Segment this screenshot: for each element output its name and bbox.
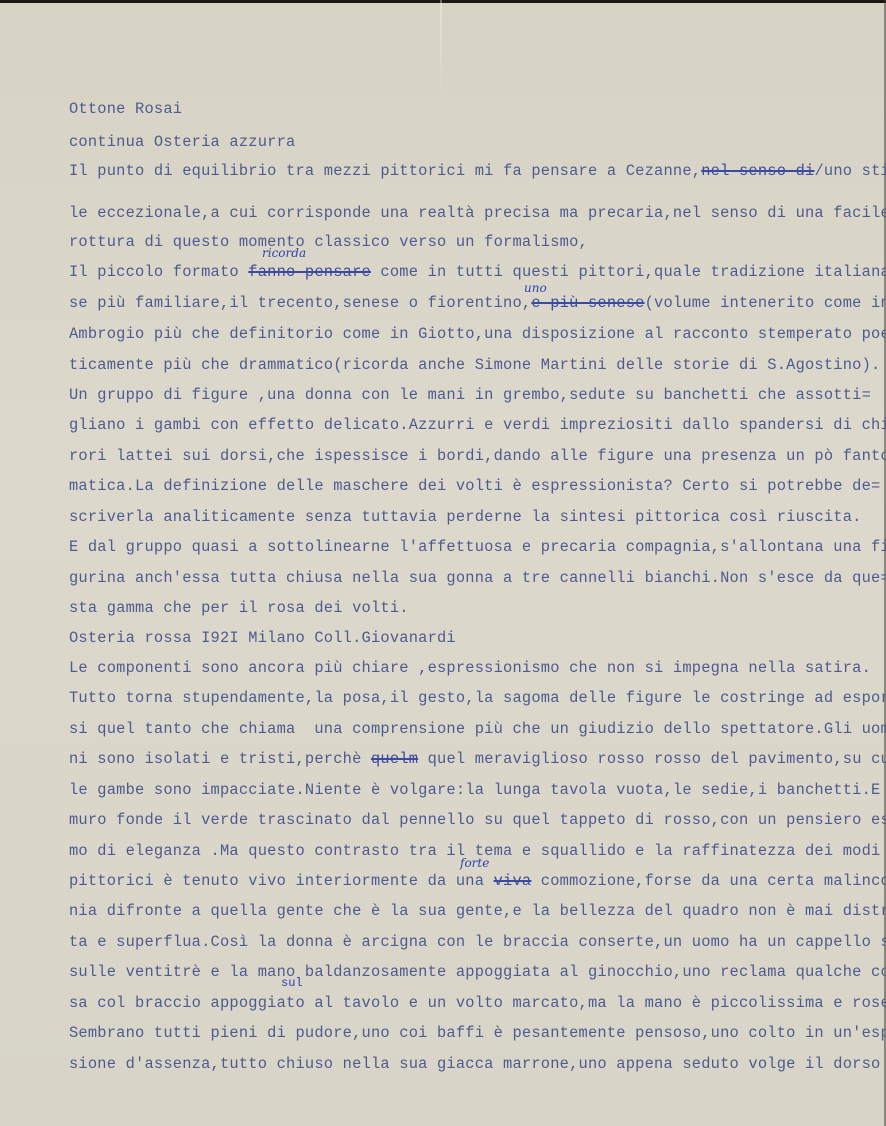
text-line: gurina anch'essa tutta chiusa nella sua … — [69, 569, 886, 587]
text-line: ni sono isolati e tristi,perchè quelm qu… — [69, 750, 886, 768]
text-line: le gambe sono impacciate.Niente è volgar… — [69, 781, 886, 799]
text-line: rottura di questo momento classico verso… — [69, 233, 588, 251]
section-heading: Osteria rossa I92I Milano Coll.Giovanard… — [69, 629, 456, 647]
text-line: sa col braccio appoggiato al tavolo e un… — [69, 994, 886, 1012]
text-line: Ambrogio più che definitorio come in Gio… — [69, 325, 886, 343]
page-top-edge — [0, 0, 886, 3]
text-line: si quel tanto che chiama una comprension… — [69, 720, 886, 738]
handwritten-annotation: ricorda — [262, 246, 306, 260]
text-line: sione d'assenza,tutto chiuso nella sua g… — [69, 1055, 881, 1073]
text-line: Le componenti sono ancora più chiare ,es… — [69, 659, 871, 677]
page-fold — [440, 0, 442, 100]
handwritten-annotation: forte — [460, 856, 489, 870]
author-heading: Ottone Rosai — [69, 100, 182, 118]
text-line: le eccezionale,a cui corrisponde una rea… — [69, 204, 886, 222]
text-line: scriverla analiticamente senza tuttavia … — [69, 508, 862, 526]
section-heading: continua Osteria azzurra — [69, 133, 295, 151]
text-line: pittorici è tenuto vivo interiormente da… — [69, 872, 886, 890]
text-line: sta gamma che per il rosa dei volti. — [69, 599, 409, 617]
text-line: rori lattei sui dorsi,che ispessisce i b… — [69, 447, 886, 465]
text-line: sulle ventitrè e la mano baldanzosamente… — [69, 963, 886, 981]
text-line: Sembrano tutti pieni di pudore,uno coi b… — [69, 1024, 886, 1042]
text-line: Il punto di equilibrio tra mezzi pittori… — [69, 162, 886, 180]
text-line: Il piccolo formato fanno pensare come in… — [69, 263, 886, 281]
text-line: ta e superflua.Così la donna è arcigna c… — [69, 933, 886, 951]
text-line: gliano i gambi con effetto delicato.Azzu… — [69, 416, 886, 434]
scanned-page: Ottone Rosai continua Osteria azzurra Il… — [0, 0, 886, 1126]
text-line: muro fonde il verde trascinato dal penne… — [69, 811, 886, 829]
text-line: matica.La definizione delle maschere dei… — [69, 477, 881, 495]
text-line: Un gruppo di figure ,una donna con le ma… — [69, 386, 871, 404]
handwritten-annotation: uno — [524, 281, 547, 295]
text-line: ticamente più che drammatico(ricorda anc… — [69, 356, 881, 374]
handwritten-annotation: sul — [281, 976, 303, 990]
text-line: E dal gruppo quasi a sottolinearne l'aff… — [69, 538, 886, 556]
text-line: Tutto torna stupendamente,la posa,il ges… — [69, 689, 886, 707]
text-line: se più familiare,il trecento,senese o fi… — [69, 294, 886, 312]
text-line: nia difronte a quella gente che è la sua… — [69, 902, 886, 920]
